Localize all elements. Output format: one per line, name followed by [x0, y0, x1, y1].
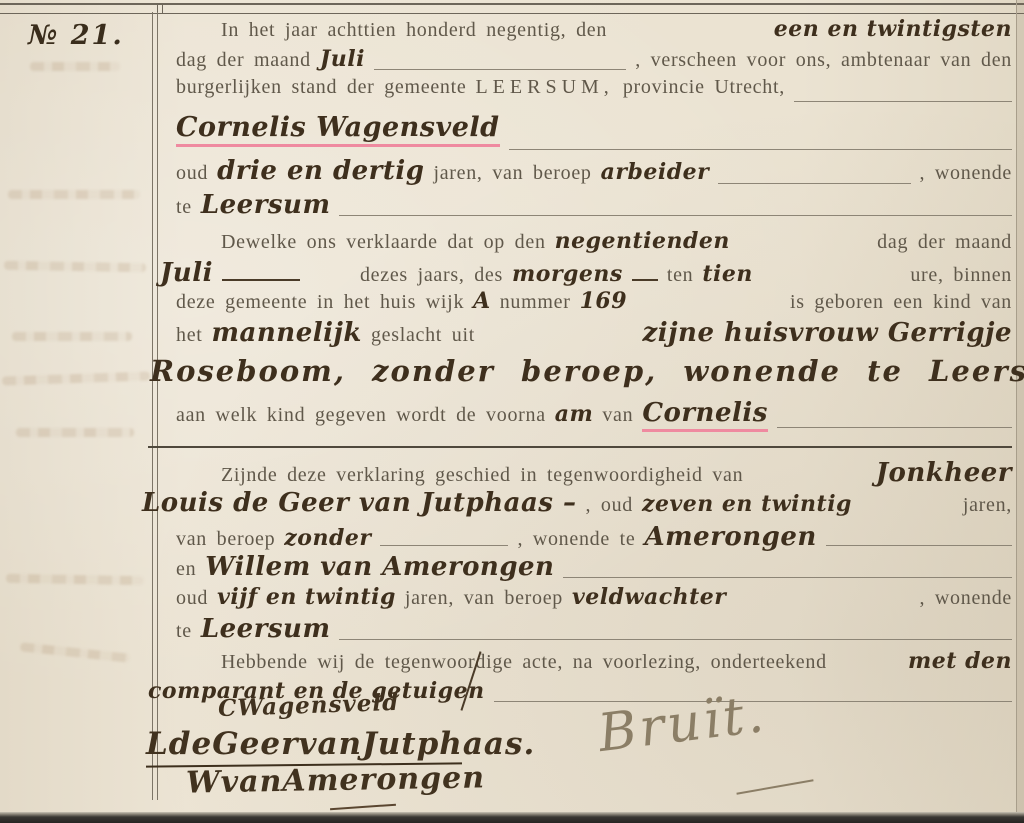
- handwritten-day-of-act: een en twintigsten: [774, 16, 1012, 42]
- act-line-declarant-name: Cornelis Wagensveld: [176, 112, 1012, 156]
- handwritten-word-completion: am: [555, 401, 594, 427]
- house-wijk: A: [473, 288, 491, 314]
- ruled-line: [380, 545, 508, 546]
- ruled-line: [826, 545, 1012, 546]
- birth-hour: tien: [702, 261, 753, 287]
- handwritten-dash: [222, 279, 300, 281]
- printed-text: dag der maand: [176, 49, 311, 72]
- act-line-witness-4: en Willem van Amerongen: [176, 552, 1012, 584]
- printed-text: , verscheen voor ons, ambtenaar van den: [635, 49, 1012, 72]
- signature-witness2-underline: [330, 804, 396, 811]
- act-line-declarant-age: oud drie en dertig jaren, van beroep arb…: [176, 156, 1012, 190]
- printed-text: geslacht uit: [371, 324, 475, 347]
- act-body: In het jaar achttien honderd negentig, d…: [176, 16, 1012, 708]
- act-line-declaration-2: Juli dezes jaars, des morgens ten tien u…: [160, 258, 1012, 288]
- declarant-age: drie en dertig: [217, 156, 424, 186]
- bleed-through-smudge: [4, 261, 146, 272]
- printed-text: te: [176, 196, 192, 219]
- mother-name-part2: Roseboom, zonder beroep, wonende te Leer…: [150, 354, 1024, 388]
- printed-text: van beroep: [176, 528, 275, 551]
- mother-name-part1: zijne huisvrouw Gerrigje: [643, 318, 1013, 348]
- printed-text: deze gemeente in het huis wijk: [176, 291, 464, 314]
- scan-bottom-edge: [0, 812, 1024, 823]
- bleed-through-smudge: [30, 62, 120, 71]
- act-line-witness-6: te Leersum: [176, 614, 1012, 646]
- page-right-edge-shade: [1017, 0, 1024, 812]
- bleed-through-smudge: [20, 642, 130, 662]
- ruled-line: [718, 183, 910, 184]
- ruled-line: [509, 149, 1012, 150]
- printed-text: jaren, van beroep: [433, 162, 591, 185]
- witness1-title: Jonkheer: [876, 458, 1012, 488]
- act-line-witness-2: Louis de Geer van Jutphaas – , oud zeven…: [142, 488, 1012, 522]
- printed-text: burgerlijken stand der gemeente: [176, 76, 466, 99]
- birth-month: Juli: [160, 258, 213, 288]
- act-line-declaration-3: deze gemeente in het huis wijk A nummer …: [176, 288, 1012, 318]
- printed-text: te: [176, 620, 192, 643]
- ruled-line: [339, 639, 1012, 640]
- act-line-opening-1: In het jaar achttien honderd negentig, d…: [176, 16, 1012, 46]
- printed-text: Dewelke ons verklaarde dat op den: [221, 231, 546, 254]
- printed-text: Zijnde deze verklaring geschied in tegen…: [221, 464, 743, 487]
- birth-day: negentienden: [555, 228, 730, 254]
- section-separator-line: [148, 446, 1012, 448]
- signature-declarant: CWagensveld: [218, 689, 400, 722]
- act-line-opening-2: dag der maand Juli , verscheen voor ons,…: [176, 46, 1012, 76]
- act-number-label: №: [28, 20, 59, 51]
- printed-text: , wonende te: [517, 528, 635, 551]
- printed-text: , oud: [586, 494, 634, 517]
- page-right-edge-line: [1016, 0, 1017, 812]
- witness2-age: vijf en twintig: [217, 584, 396, 610]
- printed-text: ten: [667, 264, 694, 287]
- act-line-declaration-6: aan welk kind gegeven wordt de voorna am…: [176, 398, 1012, 434]
- act-line-witness-1: Zijnde deze verklaring geschied in tegen…: [176, 458, 1012, 488]
- printed-text: oud: [176, 587, 208, 610]
- child-name: Cornelis: [642, 398, 768, 432]
- act-line-closing-1: Hebbende wij de tegenwoordige acte, na v…: [176, 648, 1012, 678]
- birth-certificate-page: № 21. In het jaar achttien honderd negen…: [0, 0, 1024, 823]
- municipality-name: LEERSUM,: [475, 76, 613, 99]
- ruled-line: [794, 101, 1012, 102]
- bleed-through-smudge: [16, 428, 134, 437]
- printed-text: van: [602, 404, 633, 427]
- witness2-occupation: veldwachter: [572, 584, 726, 610]
- witness2-residence: Leersum: [201, 614, 331, 644]
- signature-witness2: WvanAmerongen: [186, 760, 486, 800]
- declarant-residence: Leersum: [201, 190, 331, 220]
- act-line-declaration-5: Roseboom, zonder beroep, wonende te Leer…: [150, 354, 1012, 398]
- declarant-occupation: arbeider: [601, 159, 710, 185]
- act-line-declaration-1: Dewelke ons verklaarde dat op den negent…: [176, 228, 1012, 258]
- witness2-name: Willem van Amerongen: [205, 552, 554, 582]
- printed-text: nummer: [500, 291, 571, 314]
- handwritten-month-of-act: Juli: [320, 46, 365, 72]
- ruled-line: [339, 215, 1012, 216]
- birth-daypart: morgens: [512, 261, 623, 287]
- printed-text: aan welk kind gegeven wordt de voorna: [176, 404, 546, 427]
- signature-witness1: LdeGeervanJutphaas.: [146, 726, 535, 762]
- printed-text: dag der maand: [877, 231, 1012, 254]
- ruled-line: [374, 69, 626, 70]
- act-number: № 21.: [28, 20, 124, 51]
- printed-text: Hebbende wij de tegenwoordige acte, na v…: [221, 651, 827, 674]
- printed-text: dezes jaars, des: [360, 264, 503, 287]
- ruled-line: [777, 427, 1012, 428]
- signature-registrar-underline: [736, 779, 813, 795]
- printed-text: provincie Utrecht,: [623, 76, 785, 99]
- act-line-witness-5: oud vijf en twintig jaren, van beroep ve…: [176, 584, 1012, 614]
- bleed-through-smudge: [6, 574, 144, 585]
- bleed-through-smudge: [8, 190, 140, 199]
- act-number-value: 21.: [71, 20, 124, 51]
- handwritten-dash: [632, 279, 658, 281]
- act-line-witness-3: van beroep zonder , wonende te Amerongen: [176, 522, 1012, 552]
- act-line-declaration-4: het mannelijk geslacht uit zijne huisvro…: [176, 318, 1012, 354]
- declarant-name: Cornelis Wagensveld: [176, 112, 500, 147]
- printed-text: jaren,: [963, 494, 1012, 517]
- child-gender: mannelijk: [212, 318, 362, 348]
- act-line-opening-3: burgerlijken stand der gemeente LEERSUM,…: [176, 76, 1012, 108]
- ruled-line: [563, 577, 1012, 578]
- bleed-through-smudge: [12, 332, 132, 341]
- printed-text: In het jaar achttien honderd negentig, d…: [221, 19, 607, 42]
- bleed-through-smudge: [2, 371, 150, 385]
- printed-text: en: [176, 558, 196, 581]
- witness1-residence: Amerongen: [644, 522, 816, 552]
- handwritten-closing-1: met den: [908, 648, 1012, 674]
- printed-text: jaren, van beroep: [405, 587, 563, 610]
- printed-text: het: [176, 324, 203, 347]
- printed-text: ure, binnen: [910, 264, 1012, 287]
- witness1-age: zeven en twintig: [642, 491, 852, 517]
- witness1-name: Louis de Geer van Jutphaas –: [142, 488, 577, 518]
- witness1-occupation: zonder: [284, 525, 371, 551]
- house-number: 169: [580, 288, 627, 314]
- printed-text: , wonende: [920, 587, 1013, 610]
- printed-text: , wonende: [920, 162, 1013, 185]
- printed-text: is geboren een kind van: [790, 291, 1012, 314]
- act-line-declarant-residence: te Leersum: [176, 190, 1012, 222]
- printed-text: oud: [176, 162, 208, 185]
